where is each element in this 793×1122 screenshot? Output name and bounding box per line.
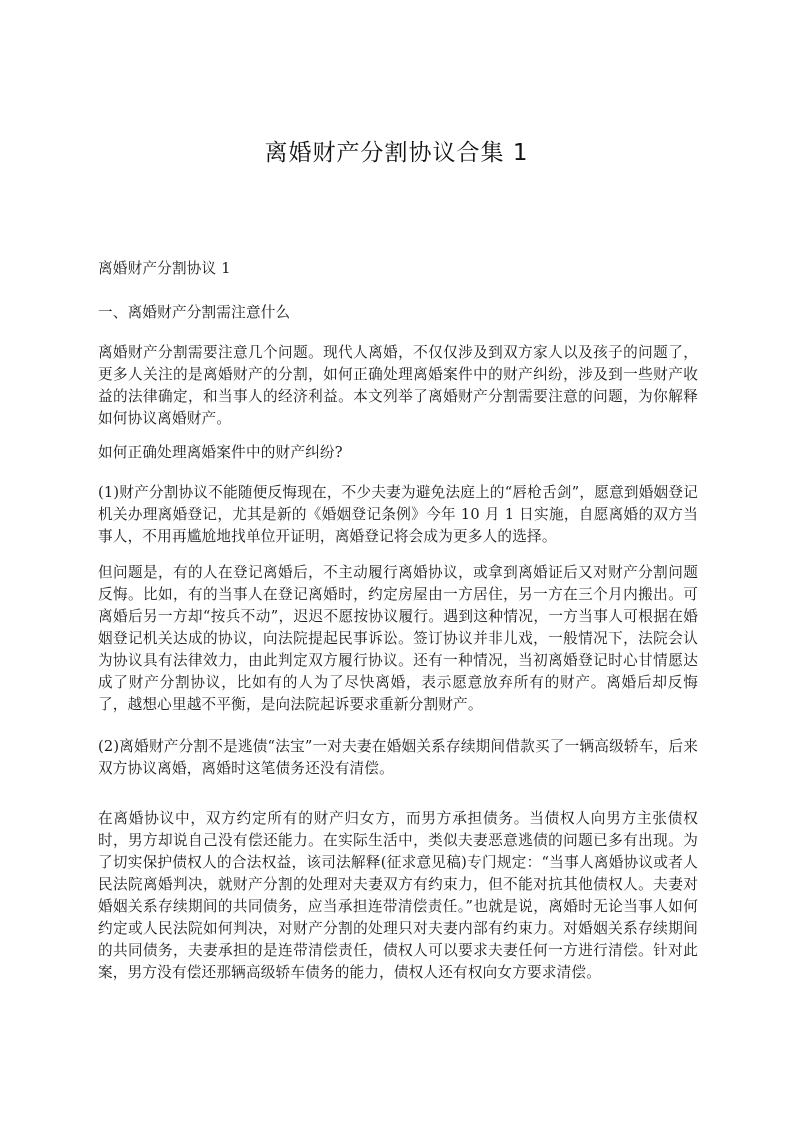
paragraph-point-2-detail: 在离婚协议中，双方约定所有的财产归女方，而男方承担债务。当债权人向男方主张债权时… bbox=[98, 808, 698, 984]
paragraph-point-2: (2)离婚财产分割不是逃债“法宝”一对夫妻在婚姻关系存续期间借款买了一辆高级轿车… bbox=[98, 736, 698, 780]
document-title: 离婚财产分割协议合集 1 bbox=[0, 138, 793, 168]
paragraph-point-1-detail: 但问题是，有的人在登记离婚后，不主动履行离婚协议，或拿到离婚证后又对财产分割问题… bbox=[98, 562, 698, 716]
document-subtitle: 离婚财产分割协议 1 bbox=[98, 258, 698, 280]
section-heading: 一、离婚财产分割需注意什么 bbox=[98, 302, 698, 324]
document-page: 离婚财产分割协议合集 1 离婚财产分割协议 1 一、离婚财产分割需注意什么 离婚… bbox=[0, 0, 793, 1122]
paragraph-point-1: (1)财产分割协议不能随便反悔现在，不少夫妻为避免法庭上的“唇枪舌剑”，愿意到婚… bbox=[98, 482, 698, 548]
paragraph-intro: 离婚财产分割需要注意几个问题。现代人离婚，不仅仅涉及到双方家人以及孩子的问题了，… bbox=[98, 342, 698, 430]
paragraph-question: 如何正确处理离婚案件中的财产纠纷? bbox=[98, 442, 698, 464]
